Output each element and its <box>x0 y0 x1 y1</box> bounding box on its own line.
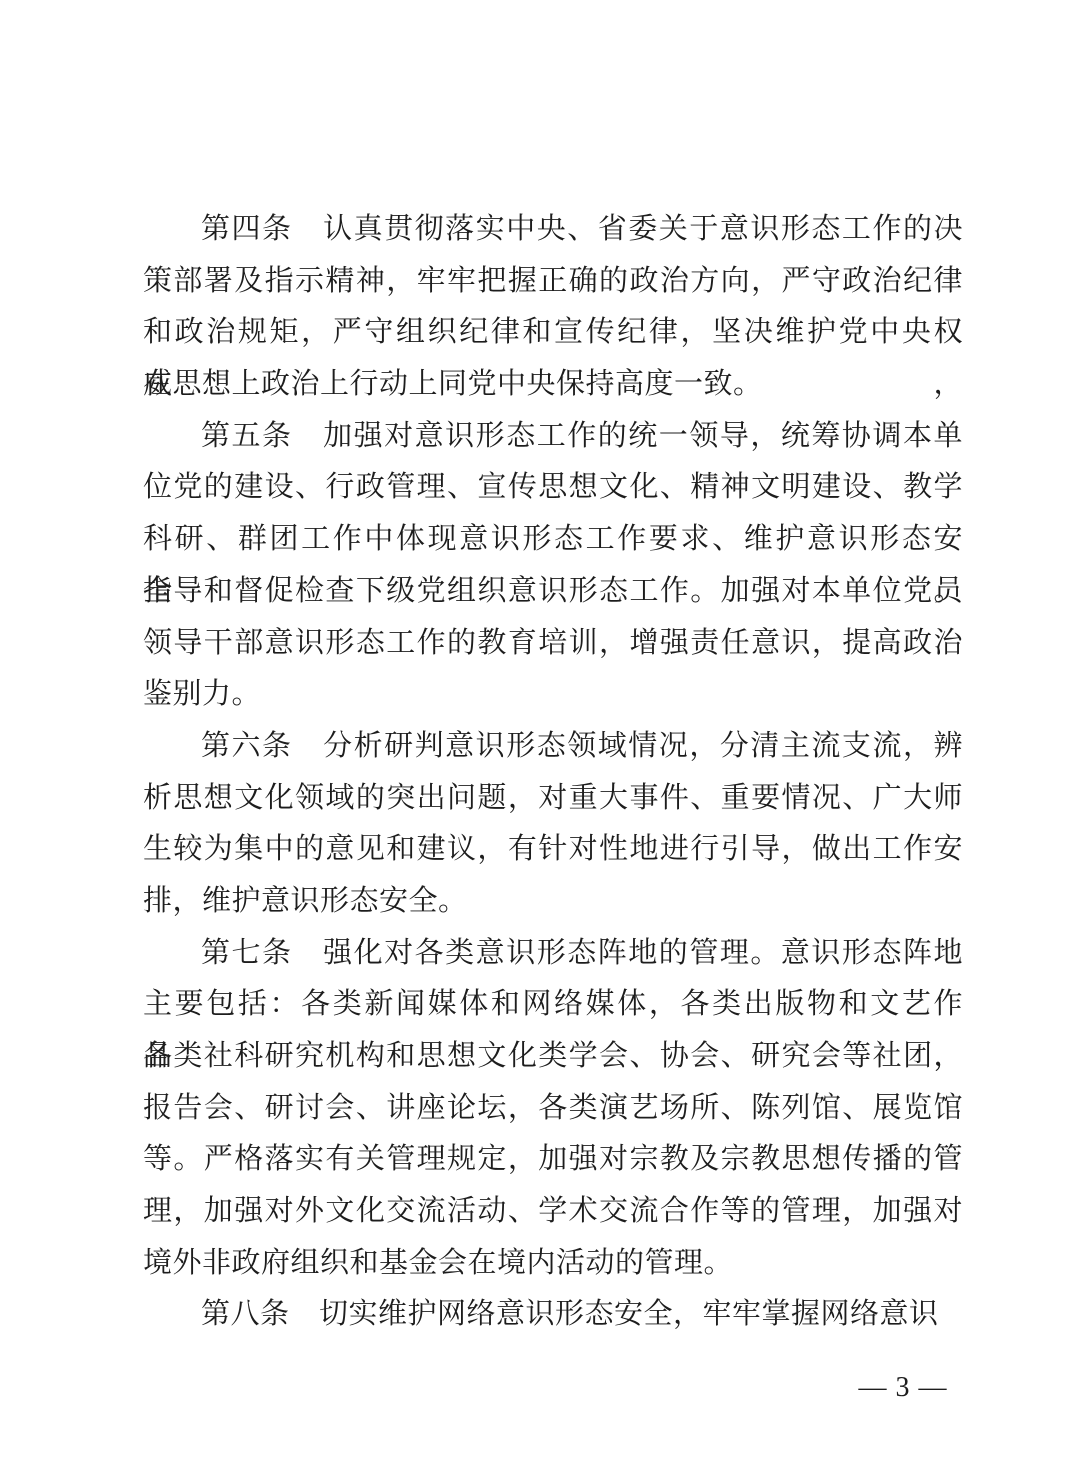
text-line: 等。严格落实有关管理规定，加强对宗教及宗教思想传播的管 <box>143 1134 963 1186</box>
text-line: 排，维护意识形态安全。 <box>143 876 963 928</box>
paragraph-article-7: 第七条 强化对各类意识形态阵地的管理。意识形态阵地 主要包括：各类新闻媒体和网络… <box>143 928 963 1290</box>
text-line: 理，加强对外文化交流活动、学术交流合作等的管理，加强对 <box>143 1186 963 1238</box>
paragraph-article-4: 第四条 认真贯彻落实中央、省委关于意识形态工作的决 策部署及指示精神，牢牢把握正… <box>143 204 963 411</box>
text-line: 报告会、研讨会、讲座论坛，各类演艺场所、陈列馆、展览馆 <box>143 1083 963 1135</box>
document-page: 第四条 认真贯彻落实中央、省委关于意识形态工作的决 策部署及指示精神，牢牢把握正… <box>0 0 1092 1483</box>
text-line: 科研、群团工作中体现意识形态工作要求、维护意识形态安全。 <box>143 514 963 566</box>
text-line: 第八条 切实维护网络意识形态安全，牢牢掌握网络意识 <box>143 1289 963 1341</box>
text-line: 第五条 加强对意识形态工作的统一领导，统筹协调本单 <box>143 411 963 463</box>
text-line: 析思想文化领域的突出问题，对重大事件、重要情况、广大师 <box>143 773 963 825</box>
paragraph-article-8: 第八条 切实维护网络意识形态安全，牢牢掌握网络意识 <box>143 1289 963 1341</box>
text-line: 生较为集中的意见和建议，有针对性地进行引导，做出工作安 <box>143 824 963 876</box>
paragraph-article-5: 第五条 加强对意识形态工作的统一领导，统筹协调本单 位党的建设、行政管理、宣传思… <box>143 411 963 721</box>
text-line: 和政治规矩，严守组织纪律和宣传纪律，坚决维护党中央权威， <box>143 307 963 359</box>
text-line: 主要包括：各类新闻媒体和网络媒体，各类出版物和文艺作品， <box>143 979 963 1031</box>
text-line: 位党的建设、行政管理、宣传思想文化、精神文明建设、教学 <box>143 462 963 514</box>
document-body: 第四条 认真贯彻落实中央、省委关于意识形态工作的决 策部署及指示精神，牢牢把握正… <box>143 204 963 1341</box>
page-number: — 3 — <box>843 1368 963 1408</box>
text-line: 指导和督促检查下级党组织意识形态工作。加强对本单位党员 <box>143 566 963 618</box>
text-line: 领导干部意识形态工作的教育培训，增强责任意识，提高政治 <box>143 618 963 670</box>
text-line: 策部署及指示精神，牢牢把握正确的政治方向，严守政治纪律 <box>143 256 963 308</box>
text-line: 第四条 认真贯彻落实中央、省委关于意识形态工作的决 <box>143 204 963 256</box>
paragraph-article-6: 第六条 分析研判意识形态领域情况，分清主流支流，辨 析思想文化领域的突出问题，对… <box>143 721 963 928</box>
text-line: 境外非政府组织和基金会在境内活动的管理。 <box>143 1238 963 1290</box>
text-line: 第七条 强化对各类意识形态阵地的管理。意识形态阵地 <box>143 928 963 980</box>
text-line: 各类社科研究机构和思想文化类学会、协会、研究会等社团， <box>143 1031 963 1083</box>
text-line: 第六条 分析研判意识形态领域情况，分清主流支流，辨 <box>143 721 963 773</box>
text-line: 鉴别力。 <box>143 669 963 721</box>
